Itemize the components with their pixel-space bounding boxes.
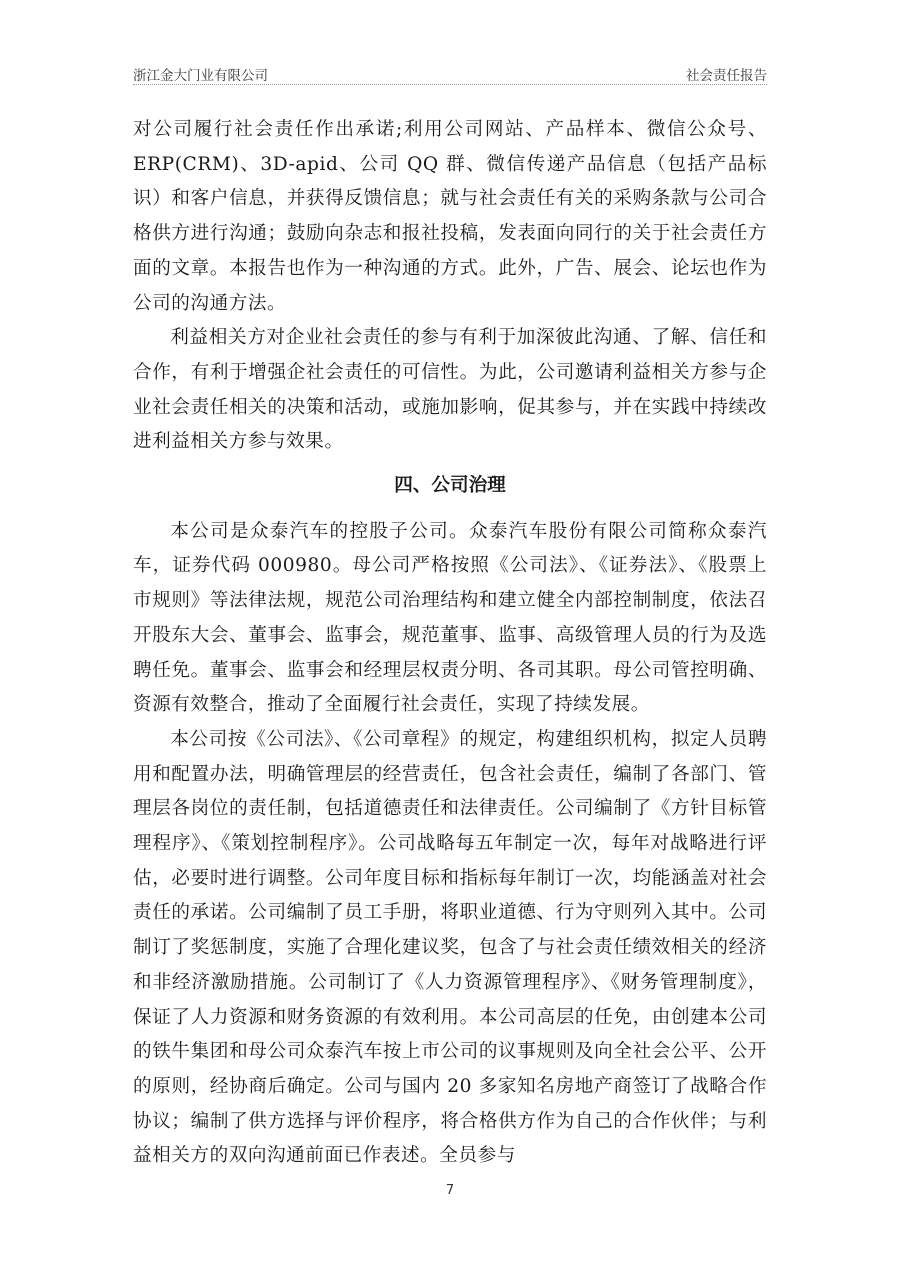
paragraph-communication: 对公司履行社会责任作出承诺;利用公司网站、产品样本、微信公众号、ERP(CRM)…: [133, 113, 767, 321]
section-heading-corporate-governance: 四、公司治理: [133, 460, 767, 515]
page-number: 7: [0, 1183, 900, 1198]
paragraph-organization-structure: 本公司按《公司法》、《公司章程》的规定，构建组织机构，拟定人员聘用和配置办法，明…: [133, 723, 767, 1174]
header-company-name: 浙江金大门业有限公司: [133, 64, 268, 84]
header-report-title: 社会责任报告: [686, 64, 767, 84]
paragraph-parent-company: 本公司是众泰汽车的控股子公司。众泰汽车股份有限公司简称众泰汽车，证券代码 000…: [133, 515, 767, 723]
paragraph-stakeholder-participation: 利益相关方对企业社会责任的参与有利于加深彼此沟通、了解、信任和合作，有利于增强企…: [133, 321, 767, 460]
document-body: 对公司履行社会责任作出承诺;利用公司网站、产品样本、微信公众号、ERP(CRM)…: [133, 113, 767, 1174]
page-header: 浙江金大门业有限公司 社会责任报告: [133, 62, 767, 85]
